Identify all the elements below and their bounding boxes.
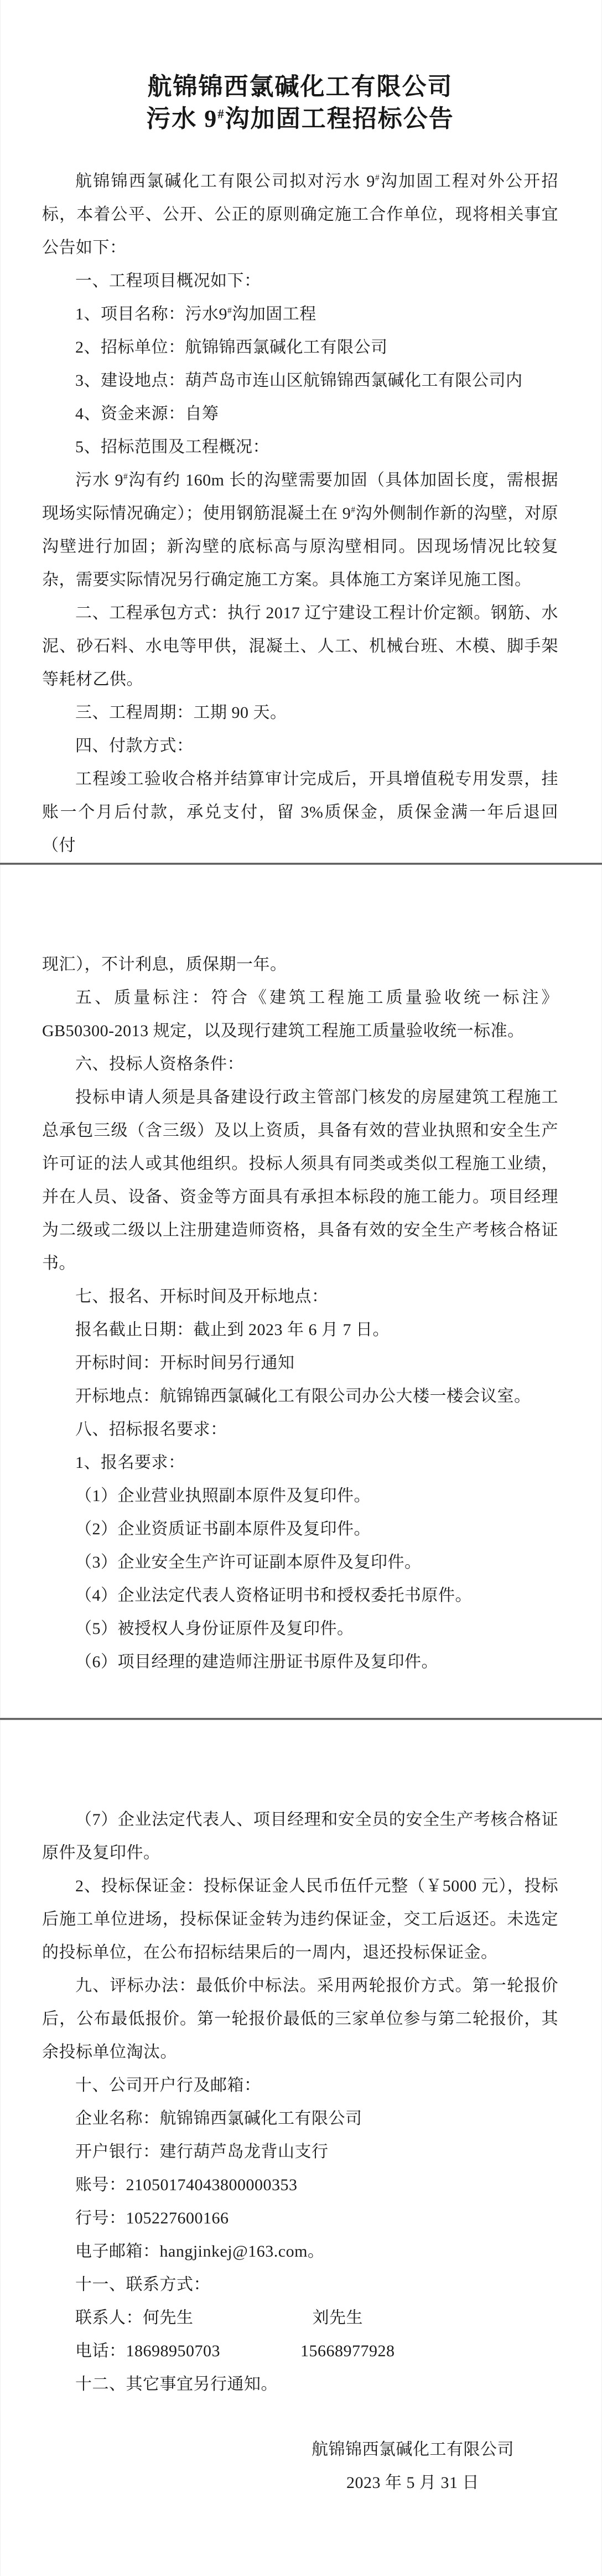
section-3-duration: 三、工程周期：工期 90 天。	[42, 696, 558, 730]
signature-block: 航锦锦西氯碱化工有限公司 2023 年 5 月 31 日	[297, 2433, 529, 2500]
contact-phones-row: 电话：1869895070315668977928	[42, 2335, 558, 2368]
section-12-closing: 十二、其它事宜另行通知。	[42, 2368, 558, 2401]
paragraph-payment-detail: 工程竣工验收合格并结算审计完成后，开具增值税专用发票，挂账一个月后付款，承兑支付…	[42, 763, 558, 862]
item-bid-opening-time: 开标时间：开标时间另行通知	[42, 1347, 558, 1380]
contact-phone-first: 电话：18698950703	[75, 2342, 220, 2360]
section-7-bidding-time-heading: 七、报名、开标时间及开标地点：	[42, 1280, 558, 1313]
item-tender-unit: 2、招标单位：航锦锦西氯碱化工有限公司	[42, 331, 558, 364]
contact-name-second: 刘先生	[313, 2309, 364, 2327]
paragraph-scope-detail: 污水 9#沟有约 160m 长的沟壁需要加固（具体加固长度，需根据现场实际情况确…	[42, 464, 558, 597]
item-scope-heading: 5、招标范围及工程概况：	[42, 431, 558, 464]
item-project-name: 1、项目名称：污水9#沟加固工程	[42, 298, 558, 331]
requirement-5: （5）被授权人身份证原件及复印件。	[42, 1612, 558, 1646]
item-construction-site: 3、建设地点：葫芦岛市连山区航锦锦西氯碱化工有限公司内	[42, 364, 558, 397]
tender-announcement-document: 航锦锦西氯碱化工有限公司 污水 9#沟加固工程招标公告 航锦锦西氯碱化工有限公司…	[0, 0, 602, 2576]
section-5-quality: 五、质量标注：符合《建筑工程施工质量验收统一标注》GB50300-2013 规定…	[42, 981, 558, 1048]
item-account-number: 账号：21050174043800000353	[42, 2169, 558, 2202]
requirement-7: （7）企业法定代表人、项目经理和安全员的安全生产考核合格证原件及复印件。	[42, 1803, 558, 1870]
section-9-evaluation: 九、评标办法：最低价中标法。采用两轮报价方式。第一轮报价后，公布最低报价。第一轮…	[42, 1969, 558, 2069]
requirement-1: （1）企业营业执照副本原件及复印件。	[42, 1480, 558, 1513]
contact-name-first: 联系人：何先生	[75, 2309, 194, 2327]
paragraph-intro: 航锦锦西氯碱化工有限公司拟对污水 9#沟加固工程对外公开招标，本着公平、公开、公…	[42, 165, 558, 265]
item-registration-requirements: 1、报名要求：	[42, 1446, 558, 1480]
section-4-payment-heading: 四、付款方式：	[42, 730, 558, 763]
item-bank-code: 行号：105227600166	[42, 2202, 558, 2235]
section-8-requirements-heading: 八、招标报名要求：	[42, 1413, 558, 1446]
paragraph-qualification-detail: 投标申请人须是具备建设行政主管部门核发的房屋建筑工程施工总承包三级（含三级）及以…	[42, 1081, 558, 1280]
requirement-6: （6）项目经理的建造师注册证书原件及复印件。	[42, 1646, 558, 1679]
document-page-1: 航锦锦西氯碱化工有限公司 污水 9#沟加固工程招标公告 航锦锦西氯碱化工有限公司…	[0, 0, 602, 862]
section-1-heading: 一、工程项目概况如下：	[42, 265, 558, 298]
item-bank-name: 开户银行：建行葫芦岛龙背山支行	[42, 2135, 558, 2169]
doc-title-line-1: 航锦锦西氯碱化工有限公司	[42, 71, 558, 103]
signature-date: 2023 年 5 月 31 日	[297, 2466, 529, 2500]
item-registration-deadline: 报名截止日期：截止到 2023 年 6 月 7 日。	[42, 1313, 558, 1347]
requirement-3: （3）企业安全生产许可证副本原件及复印件。	[42, 1546, 558, 1579]
requirement-2: （2）企业资质证书副本原件及复印件。	[42, 1513, 558, 1546]
item-bid-bond: 2、投标保证金：投标保证金人民币伍仟元整（￥5000 元），投标后施工单位进场，…	[42, 1870, 558, 1969]
section-10-bank-heading: 十、公司开户行及邮箱：	[42, 2069, 558, 2102]
contact-names-row: 联系人：何先生刘先生	[42, 2301, 558, 2335]
document-page-3: （7）企业法定代表人、项目经理和安全员的安全生产考核合格证原件及复印件。 2、投…	[0, 1720, 602, 2576]
document-title-block: 航锦锦西氯碱化工有限公司 污水 9#沟加固工程招标公告	[42, 71, 558, 135]
section-2-contracting: 二、工程承包方式：执行 2017 辽宁建设工程计价定额。钢筋、水泥、砂石料、水电…	[42, 597, 558, 696]
section-6-qualification-heading: 六、投标人资格条件：	[42, 1048, 558, 1081]
item-email: 电子邮箱：hangjinkej@163.com。	[42, 2235, 558, 2268]
item-funding-source: 4、资金来源：自筹	[42, 397, 558, 431]
contact-phone-second: 15668977928	[300, 2342, 395, 2360]
signature-company: 航锦锦西氯碱化工有限公司	[297, 2433, 529, 2466]
doc-title-line-2: 污水 9#沟加固工程招标公告	[42, 103, 558, 135]
section-11-contact-heading: 十一、联系方式：	[42, 2268, 558, 2301]
paragraph-payment-continued: 现汇），不计利息，质保期一年。	[42, 948, 558, 981]
item-company-name: 企业名称：航锦锦西氯碱化工有限公司	[42, 2102, 558, 2135]
requirement-4: （4）企业法定代表人资格证明书和授权委托书原件。	[42, 1579, 558, 1612]
item-bid-opening-place: 开标地点：航锦锦西氯碱化工有限公司办公大楼一楼会议室。	[42, 1380, 558, 1413]
document-page-2: 现汇），不计利息，质保期一年。 五、质量标注：符合《建筑工程施工质量验收统一标注…	[0, 865, 602, 1718]
